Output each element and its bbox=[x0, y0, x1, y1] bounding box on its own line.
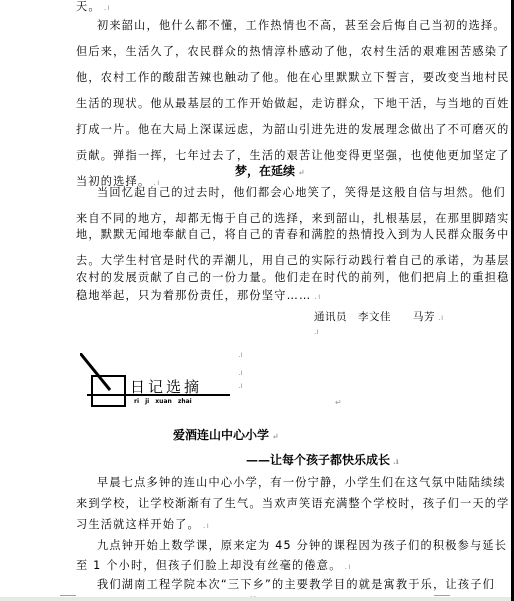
text-line: 贡献。弹指一挥，七年过去了，生活的艰苦让他变得更坚强，也使他更加坚定了 bbox=[76, 149, 436, 163]
paragraph-mark: ↵ bbox=[272, 431, 279, 441]
text-line: 初来韶山，他什么都不懂，工作热情也不高，甚至会后悔自己当初的选择。 bbox=[97, 19, 457, 33]
text-line: 稳地举起，只为着那份责任，那份坚守…….ı bbox=[76, 289, 436, 304]
document-page[interactable]: 天。.ı 初来韶山，他什么都不懂，工作热情也不高，甚至会后悔自己当初的选择。 但… bbox=[0, 0, 511, 597]
line-break-mark: .ı bbox=[203, 521, 210, 530]
section-heading: 爱酒连山中心小学↵ bbox=[173, 426, 279, 443]
text-line: 来到学校，让学校渐渐有了生气。当欢声笑语充满整个学校时，孩子们一天的学 bbox=[76, 497, 436, 511]
empty-paragraph-mark: .ı bbox=[238, 368, 243, 377]
text-line: 他，农村工作的酸甜苦辣也触动了他。他在心里默默立下誓言，要改变当地村民 bbox=[76, 71, 436, 85]
paragraph-mark: ↵ bbox=[335, 398, 342, 407]
empty-paragraph-mark: .ı bbox=[238, 350, 243, 359]
text-line: 九点钟开始上数学课，原来定为 45 分钟的课程因为孩子们的积极参与延长 bbox=[97, 539, 457, 553]
paragraph-mark: ↵ bbox=[298, 167, 305, 177]
text-line: 地，默默无闻地奉献自己，将自己的青春和满腔的热情投入到为人民群众服务中 bbox=[76, 228, 436, 242]
line-break-mark: .ı bbox=[104, 3, 111, 12]
line-break-mark: .ı bbox=[345, 562, 352, 571]
margin-corner-mark bbox=[434, 595, 450, 596]
text-line: 来自不同的地方，却都无悔于自己的选择，来到韶山，扎根基层，在那里脚踏实 bbox=[76, 212, 436, 226]
text-line: 至 1 个小时，但孩子们脸上却没有丝毫的倦意。.ı bbox=[76, 559, 436, 574]
line-break-mark: .ı bbox=[393, 456, 399, 466]
text-line: 我们湖南工程学院本次“三下乡”的主要教学目的就是寓教于乐，让孩子们 bbox=[97, 578, 457, 592]
text-line: 当回忆起自己的过去时，他们都会心地笑了，笑得是这般自信与坦然。他们 bbox=[97, 186, 457, 200]
text-line: 早晨七点多钟的连山中心小学，有一份宁静，小学生们在这气氛中陆陆续续 bbox=[97, 476, 457, 490]
signature-line: 通讯员 李文佳 马芳.ı bbox=[314, 309, 444, 324]
diary-excerpt-logo[interactable]: 日记选摘 ri ji xuan zhai bbox=[80, 353, 234, 419]
section-subheading: ——让每个孩子都快乐成长.ı bbox=[246, 451, 399, 468]
margin-corner-mark bbox=[60, 595, 76, 596]
empty-paragraph-mark: .ı bbox=[314, 327, 319, 336]
empty-paragraph-mark: .ı bbox=[238, 381, 243, 390]
line-break-mark: .ı bbox=[438, 313, 444, 322]
page-gap bbox=[0, 597, 511, 601]
text-line: 打成一片。他在大局上深谋远虑，为韶山引进先进的发展理念做出了不可磨灭的 bbox=[76, 123, 436, 137]
text-line: 天。.ı bbox=[76, 0, 436, 15]
section-heading: 梦，在延续↵ bbox=[235, 162, 305, 179]
line-break-mark: .ı bbox=[314, 292, 321, 301]
logo-title: 日记选摘 bbox=[130, 376, 202, 397]
text-line: 生活的现状。他从最基层的工作开始做起，走访群众，下地干活，与当地的百姓 bbox=[76, 97, 436, 111]
text-line: 习生活就这样开始了。.ı bbox=[76, 518, 436, 533]
text-line: 农村的发展贡献了自己的一份力量。他们走在时代的前列，他们把肩上的重担稳 bbox=[76, 271, 436, 285]
logo-pinyin: ri ji xuan zhai bbox=[134, 398, 192, 405]
text-line: 去。大学生村官是时代的弄潮儿，用自己的实际行动践行着自己的承诺，为基层 bbox=[76, 254, 436, 268]
text-line: 但后来，生活久了，农民群众的热情淳朴感动了他，农村生活的艰难困苦感染了 bbox=[76, 45, 436, 59]
